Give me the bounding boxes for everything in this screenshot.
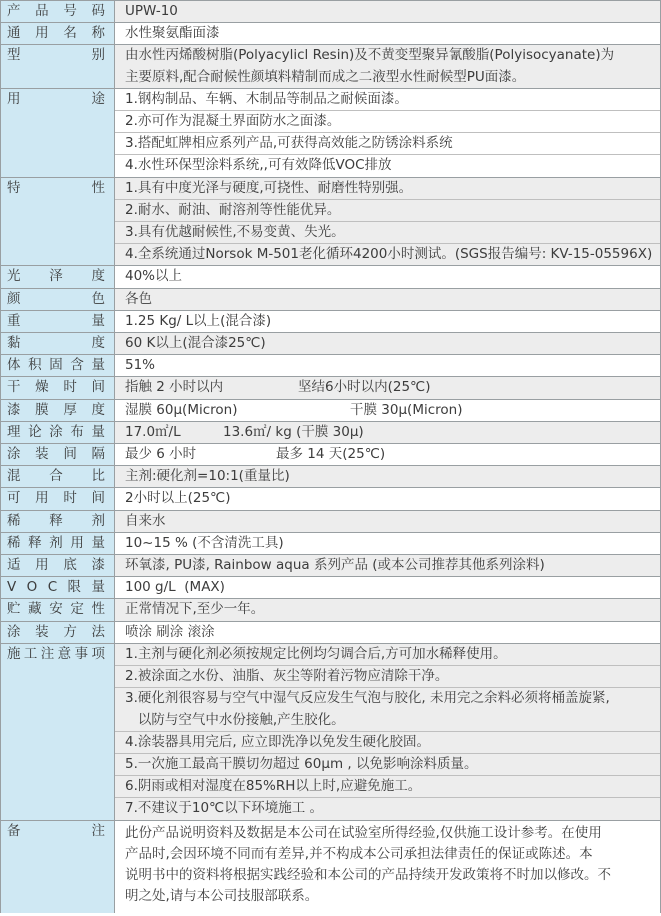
row-value: 51% [115, 355, 660, 376]
row-label: 黏度 [1, 333, 114, 354]
row-values: 60 K以上(混合漆25℃) [114, 333, 660, 354]
row-label: 漆膜厚度 [1, 400, 114, 421]
row-label-text: 稀释剂用量 [7, 533, 105, 554]
row-label: 施工注意事项 [1, 644, 114, 820]
spec-row: 用途1.钢构制品、车辆、木制品等制品之耐候面漆。2.亦可作为混凝土界面防水之面漆… [1, 89, 660, 178]
row-values: 1.具有中度光泽与硬度,可挠性、耐磨性特别强。2.耐水、耐油、耐溶剂等性能优异。… [114, 178, 660, 266]
row-label-text: 备注 [7, 821, 105, 842]
row-label: 贮藏安定性 [1, 599, 114, 620]
row-value: 1.25 Kg/ L以上(混合漆) [115, 311, 660, 332]
spec-row: 通用名称水性聚氨酯面漆 [1, 23, 660, 45]
row-value: 17.0㎡/L13.6㎡/ kg (干膜 30μ) [115, 422, 660, 443]
spec-row: 重量1.25 Kg/ L以上(混合漆) [1, 311, 660, 333]
row-label: 型别 [1, 45, 114, 87]
row-label-text: 涂装方法 [7, 622, 105, 643]
row-label-text: 混合比 [7, 466, 105, 487]
row-value: 7.不建议于10℃以下环境施工 。 [115, 797, 660, 819]
row-label-text: 施工注意事项 [7, 644, 105, 665]
row-values: 喷涂 刷涂 滚涂 [114, 622, 660, 643]
row-label: 光泽度 [1, 266, 114, 287]
spec-row: 理论涂布量17.0㎡/L13.6㎡/ kg (干膜 30μ) [1, 422, 660, 444]
row-values: 自来水 [114, 511, 660, 532]
row-value: 1.具有中度光泽与硬度,可挠性、耐磨性特别强。 [115, 178, 660, 199]
spec-row: 型别由水性丙烯酸树脂(Polyacylicl Resin)及不黄变型聚异氰酸脂(… [1, 45, 660, 88]
row-label: 产品号码 [1, 1, 114, 22]
row-label: VOC限量 [1, 577, 114, 598]
row-value: 1.主剂与硬化剂必须按规定比例均匀调合后,方可加水稀释使用。 [115, 644, 660, 665]
row-value: 湿膜 60μ(Micron)干膜 30μ(Micron) [115, 400, 660, 421]
row-value: 10~15 % (不含清洗工具) [115, 533, 660, 554]
row-values: 2小时以上(25℃) [114, 488, 660, 509]
row-label: 重量 [1, 311, 114, 332]
row-value: 由水性丙烯酸树脂(Polyacylicl Resin)及不黄变型聚异氰酸脂(Po… [115, 45, 660, 87]
spec-row: 干燥时间指触 2 小时以内坚结6小时以内(25℃) [1, 377, 660, 399]
row-value: 5.一次施工最高干膜切勿超过 60μm , 以免影响涂料质量。 [115, 753, 660, 775]
row-value: 4.全系统通过Norsok M-501老化循环4200小时测试。(SGS报告编号… [115, 243, 660, 265]
spec-row: 适用底漆环氧漆, PU漆, Rainbow aqua 系列产品 (或本公司推荐其… [1, 555, 660, 577]
row-value: 3.硬化剂很容易与空气中湿气反应发生气泡与胶化, 未用完之余料必须将桶盖旋紧, … [115, 687, 660, 730]
row-label-text: 产品号码 [7, 1, 105, 22]
row-values: 10~15 % (不含清洗工具) [114, 533, 660, 554]
row-values: 最少 6 小时最多 14 天(25℃) [114, 444, 660, 465]
spec-row: 可用时间2小时以上(25℃) [1, 488, 660, 510]
row-value: 主剂:硬化剂=10:1(重量比) [115, 466, 660, 487]
value-part-left: 指触 2 小时以内 [125, 377, 298, 398]
row-label-text: 体积固含量 [7, 355, 105, 376]
row-value: 自来水 [115, 511, 660, 532]
row-label: 特性 [1, 178, 114, 266]
row-value: UPW-10 [115, 1, 660, 22]
row-value: 2.亦可作为混凝土界面防水之面漆。 [115, 110, 660, 132]
row-label-text: 特性 [7, 178, 105, 199]
row-values: 1.25 Kg/ L以上(混合漆) [114, 311, 660, 332]
row-values: 此份产品说明资料及数据是本公司在试验室所得经验,仅供施工设计参考。在使用 产品时… [114, 821, 660, 914]
row-label: 用途 [1, 89, 114, 177]
row-label-text: 用途 [7, 89, 105, 110]
row-label: 通用名称 [1, 23, 114, 44]
row-label: 理论涂布量 [1, 422, 114, 443]
product-spec-sheet: 产品号码UPW-10通用名称水性聚氨酯面漆型别由水性丙烯酸树脂(Polyacyl… [0, 0, 661, 913]
row-label-text: 涂装间隔 [7, 444, 105, 465]
spec-row: 稀释剂自来水 [1, 511, 660, 533]
row-label-text: 可用时间 [7, 488, 105, 509]
row-label: 干燥时间 [1, 377, 114, 398]
spec-row: VOC限量100 g/L (MAX) [1, 577, 660, 599]
row-value: 此份产品说明资料及数据是本公司在试验室所得经验,仅供施工设计参考。在使用 产品时… [115, 821, 660, 914]
row-label-text: 漆膜厚度 [7, 400, 105, 421]
spec-row: 体积固含量51% [1, 355, 660, 377]
row-label-text: 理论涂布量 [7, 422, 105, 443]
spec-row: 贮藏安定性正常情况下,至少一年。 [1, 599, 660, 621]
row-value: 4.水性环保型涂料系统,,可有效降低VOC排放 [115, 154, 660, 176]
row-values: 各色 [114, 289, 660, 310]
row-value: 2小时以上(25℃) [115, 488, 660, 509]
row-values: 环氧漆, PU漆, Rainbow aqua 系列产品 (或本公司推荐其他系列涂… [114, 555, 660, 576]
row-value: 100 g/L (MAX) [115, 577, 660, 598]
row-label-text: 光泽度 [7, 266, 105, 287]
row-value: 指触 2 小时以内坚结6小时以内(25℃) [115, 377, 660, 398]
row-label: 适用底漆 [1, 555, 114, 576]
spec-row: 稀释剂用量10~15 % (不含清洗工具) [1, 533, 660, 555]
value-part-right: 坚结6小时以内(25℃) [298, 377, 430, 398]
row-value: 环氧漆, PU漆, Rainbow aqua 系列产品 (或本公司推荐其他系列涂… [115, 555, 660, 576]
row-value: 3.具有优越耐候性,不易变黄、失光。 [115, 221, 660, 243]
spec-row: 黏度60 K以上(混合漆25℃) [1, 333, 660, 355]
row-value: 水性聚氨酯面漆 [115, 23, 660, 44]
spec-row: 特性1.具有中度光泽与硬度,可挠性、耐磨性特别强。2.耐水、耐油、耐溶剂等性能优… [1, 178, 660, 267]
row-values: 1.钢构制品、车辆、木制品等制品之耐候面漆。2.亦可作为混凝土界面防水之面漆。3… [114, 89, 660, 177]
row-label-text: VOC限量 [7, 577, 105, 598]
row-label: 体积固含量 [1, 355, 114, 376]
row-value: 2.耐水、耐油、耐溶剂等性能优异。 [115, 199, 660, 221]
row-label: 混合比 [1, 466, 114, 487]
row-values: 正常情况下,至少一年。 [114, 599, 660, 620]
row-value: 2.被涂面之水份、油脂、灰尘等附着污物应清除干净。 [115, 665, 660, 687]
spec-row: 产品号码UPW-10 [1, 1, 660, 23]
row-values: 100 g/L (MAX) [114, 577, 660, 598]
row-value: 3.搭配虹牌相应系列产品,可获得高效能之防锈涂料系统 [115, 132, 660, 154]
row-value: 正常情况下,至少一年。 [115, 599, 660, 620]
row-label-text: 黏度 [7, 333, 105, 354]
value-part-left: 最少 6 小时 [125, 444, 276, 465]
row-label: 稀释剂 [1, 511, 114, 532]
spec-row: 备注此份产品说明资料及数据是本公司在试验室所得经验,仅供施工设计参考。在使用 产… [1, 821, 660, 914]
row-label: 涂装间隔 [1, 444, 114, 465]
row-values: 主剂:硬化剂=10:1(重量比) [114, 466, 660, 487]
spec-table: 产品号码UPW-10通用名称水性聚氨酯面漆型别由水性丙烯酸树脂(Polyacyl… [0, 0, 661, 913]
row-label: 颜色 [1, 289, 114, 310]
row-values: 湿膜 60μ(Micron)干膜 30μ(Micron) [114, 400, 660, 421]
row-value: 喷涂 刷涂 滚涂 [115, 622, 660, 643]
row-values: 指触 2 小时以内坚结6小时以内(25℃) [114, 377, 660, 398]
row-values: 由水性丙烯酸树脂(Polyacylicl Resin)及不黄变型聚异氰酸脂(Po… [114, 45, 660, 87]
row-label: 稀释剂用量 [1, 533, 114, 554]
row-label: 备注 [1, 821, 114, 914]
spec-row: 颜色各色 [1, 289, 660, 311]
row-value: 1.钢构制品、车辆、木制品等制品之耐候面漆。 [115, 89, 660, 110]
value-part-left: 湿膜 60μ(Micron) [125, 400, 350, 421]
row-value: 40%以上 [115, 266, 660, 287]
row-label-text: 重量 [7, 311, 105, 332]
value-part-right: 干膜 30μ(Micron) [350, 400, 462, 421]
row-value: 60 K以上(混合漆25℃) [115, 333, 660, 354]
row-value: 6.阴雨或相对湿度在85%RH以上时,应避免施工。 [115, 775, 660, 797]
row-values: 51% [114, 355, 660, 376]
spec-row: 涂装间隔最少 6 小时最多 14 天(25℃) [1, 444, 660, 466]
row-value: 各色 [115, 289, 660, 310]
row-value: 最少 6 小时最多 14 天(25℃) [115, 444, 660, 465]
row-value: 4.涂装器具用完后, 应立即洗净以免发生硬化胶固。 [115, 731, 660, 753]
row-label-text: 适用底漆 [7, 555, 105, 576]
row-values: 水性聚氨酯面漆 [114, 23, 660, 44]
row-values: 40%以上 [114, 266, 660, 287]
row-values: 17.0㎡/L13.6㎡/ kg (干膜 30μ) [114, 422, 660, 443]
row-label: 涂装方法 [1, 622, 114, 643]
row-values: UPW-10 [114, 1, 660, 22]
spec-row: 光泽度40%以上 [1, 266, 660, 288]
spec-row: 涂装方法喷涂 刷涂 滚涂 [1, 622, 660, 644]
row-label-text: 贮藏安定性 [7, 599, 105, 620]
value-part-right: 13.6㎡/ kg (干膜 30μ) [223, 422, 364, 443]
row-values: 1.主剂与硬化剂必须按规定比例均匀调合后,方可加水稀释使用。2.被涂面之水份、油… [114, 644, 660, 820]
row-label-text: 颜色 [7, 289, 105, 310]
value-part-right: 最多 14 天(25℃) [276, 444, 385, 465]
spec-row: 施工注意事项1.主剂与硬化剂必须按规定比例均匀调合后,方可加水稀释使用。2.被涂… [1, 644, 660, 821]
row-label-text: 干燥时间 [7, 377, 105, 398]
row-label: 可用时间 [1, 488, 114, 509]
value-part-left: 17.0㎡/L [125, 422, 223, 443]
row-label-text: 型别 [7, 45, 105, 66]
row-label-text: 通用名称 [7, 23, 105, 44]
spec-row: 混合比主剂:硬化剂=10:1(重量比) [1, 466, 660, 488]
spec-row: 漆膜厚度湿膜 60μ(Micron)干膜 30μ(Micron) [1, 400, 660, 422]
row-label-text: 稀释剂 [7, 511, 105, 532]
